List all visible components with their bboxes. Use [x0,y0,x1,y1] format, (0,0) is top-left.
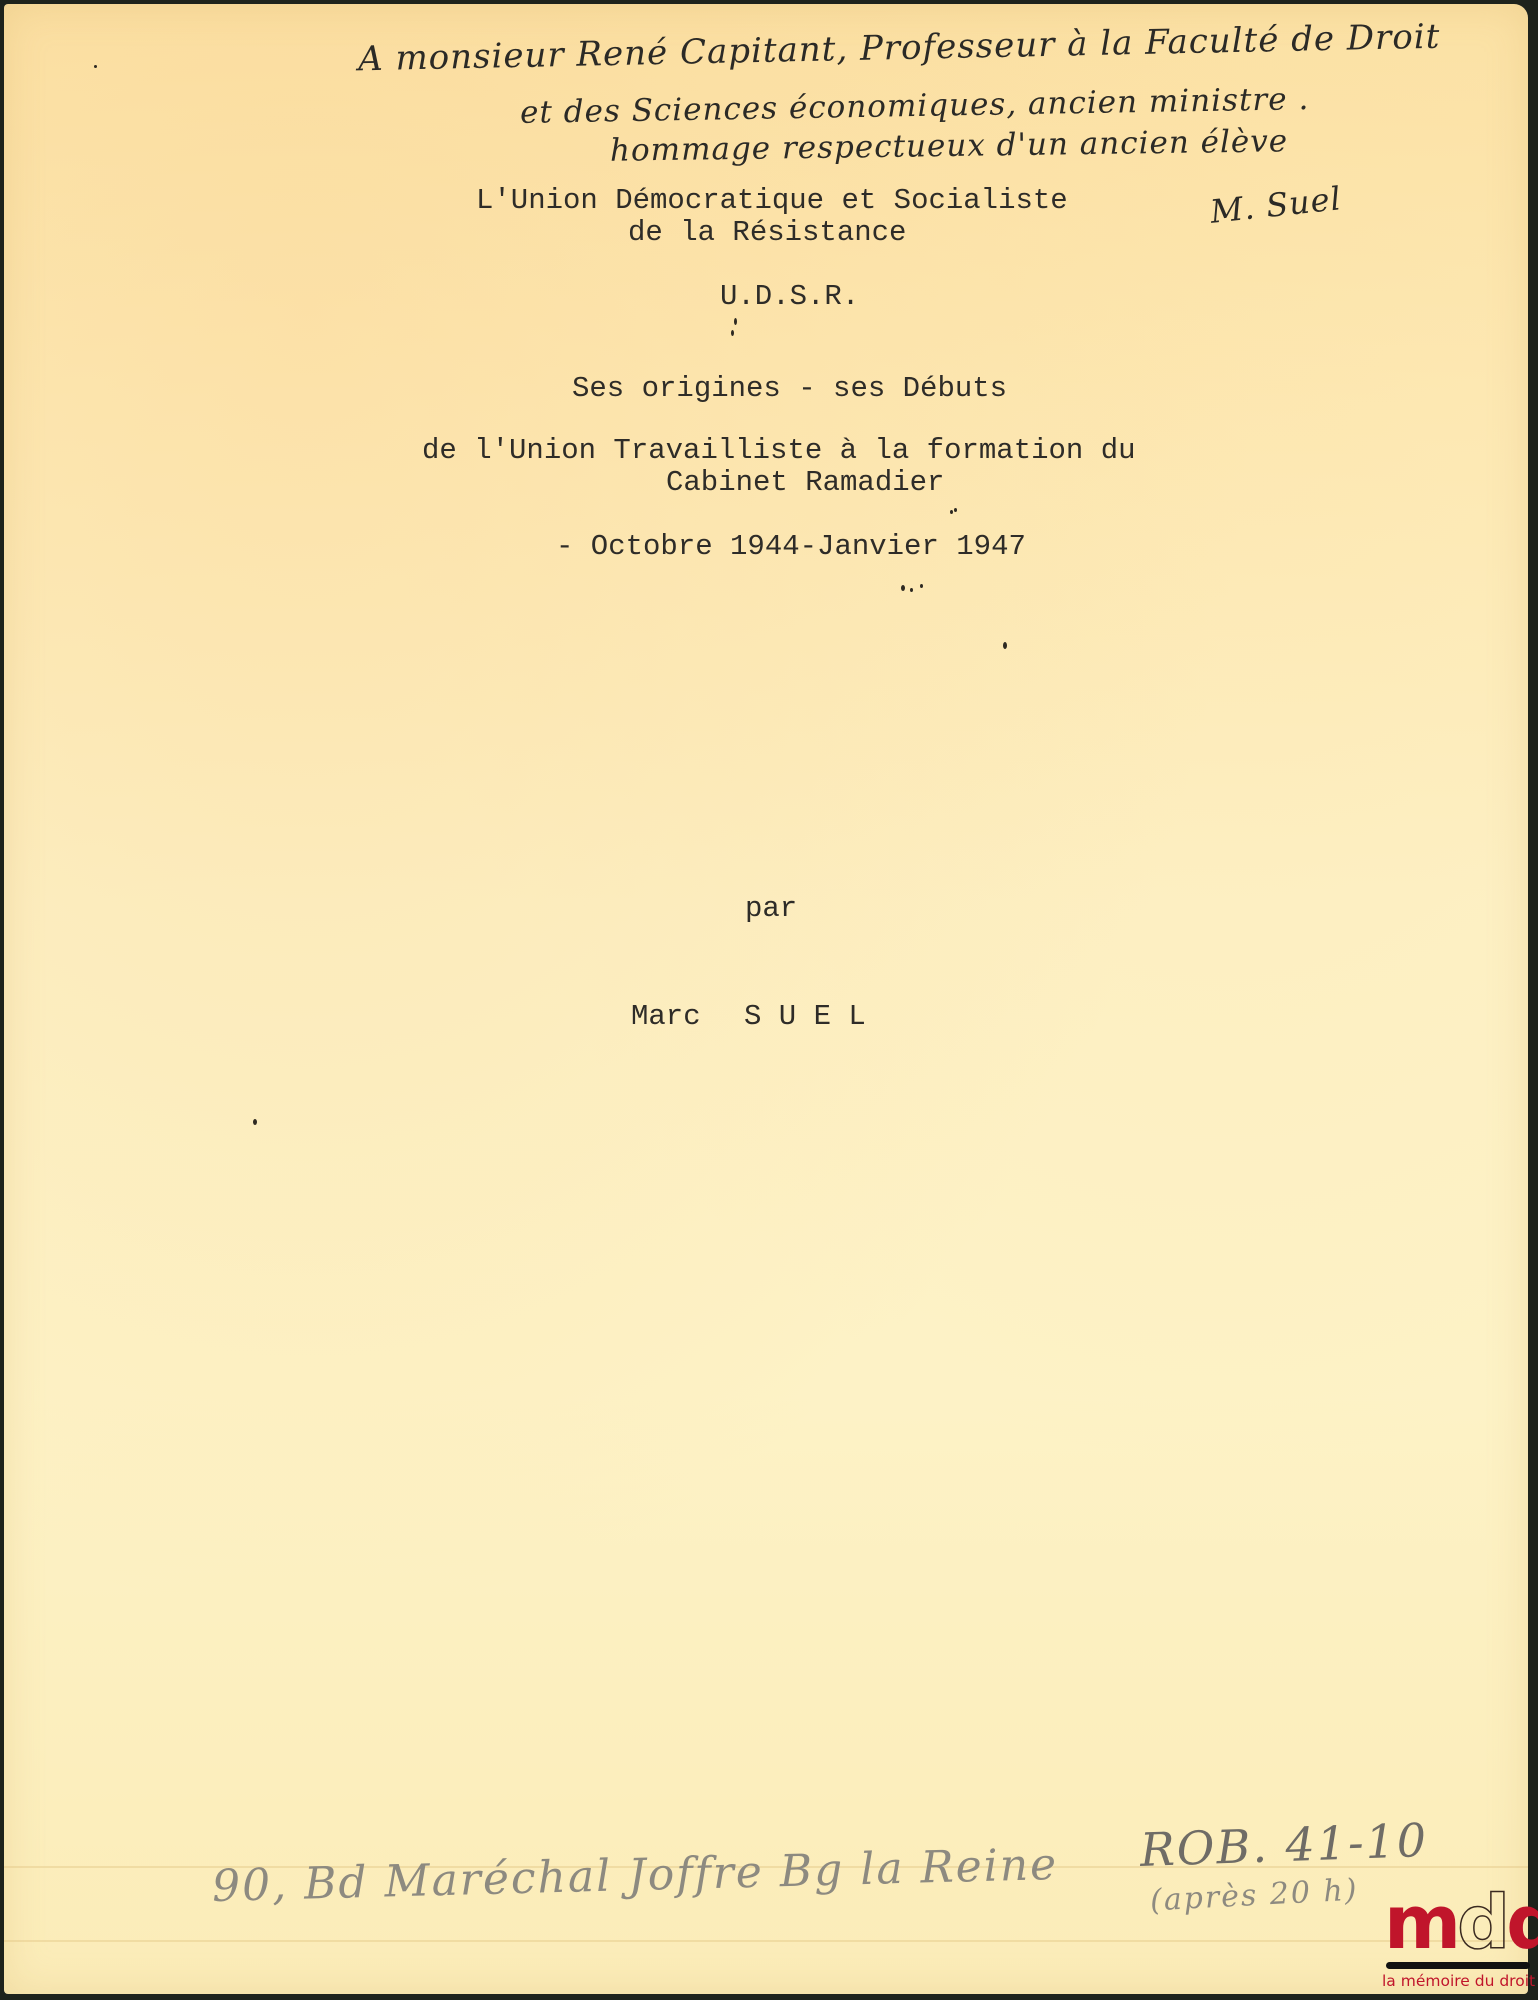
mdd-watermark-logo: mdd la mémoire du droit [1380,1892,1536,1996]
subtitle: Ses origines - ses Débuts [572,372,1007,405]
author-last-name: S U E L [744,1000,866,1033]
scope-line-1: de l'Union Travailliste à la formation d… [422,434,1136,467]
ink-speck [920,584,923,588]
scope-line-2: Cabinet Ramadier [666,466,944,499]
title-line-2: de la Résistance [628,216,906,249]
logo-caption: la mémoire du droit [1382,1972,1535,1990]
ink-speck [901,585,905,591]
ink-speck [950,510,953,514]
ink-speck [734,318,737,325]
paper-fold-line [4,1940,1528,1942]
logo-letters: mdd [1384,1886,1538,1960]
logo-underline [1386,1962,1530,1969]
ink-speck [1003,642,1007,649]
title-line-1: L'Union Démocratique et Socialiste [476,184,1068,217]
ink-speck [910,588,913,592]
title-acronym: U.D.S.R. [720,280,859,313]
ink-speck [94,65,97,68]
ink-speck [253,1119,257,1125]
author-first-name: Marc [631,1000,701,1033]
scanned-page: A monsieur René Capitant, Professeur à l… [0,0,1538,2000]
ink-speck [731,330,734,336]
ink-speck [954,508,957,512]
pencil-shelfmark: ROB. 41-10 [1139,1813,1429,1877]
byline-by: par [745,892,797,925]
date-range: - Octobre 1944-Janvier 1947 [556,530,1026,563]
